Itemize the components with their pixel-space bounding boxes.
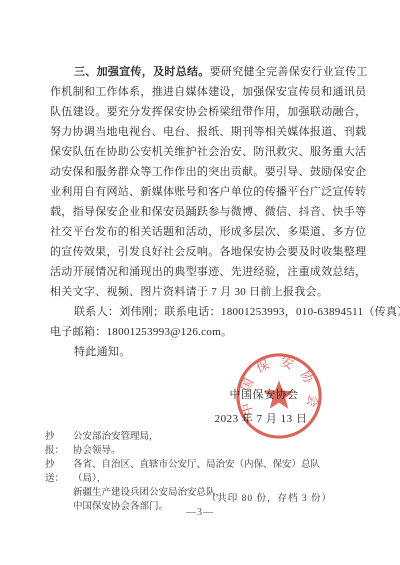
body-line-text: 要研究健全完善保安行业宣传工: [210, 66, 368, 78]
page-number: —3—: [0, 507, 400, 518]
body-line: 三、加强宣传，及时总结。要研究健全完善保安行业宣传工: [50, 62, 358, 82]
body-line: 动安保和服务群众等工作作出的突出贡献。要引导、鼓励保安企: [50, 162, 358, 182]
body-line: 活动开展情况和涌现出的典型事迹、先进经验，注重成效总结，: [50, 262, 358, 282]
body-line: 的宣传效果，引发良好社会反响。各地保安协会要及时收集整理: [50, 242, 358, 262]
copy-send-lines: 各省、自治区、直辖市公安厅、局治安（内保、保安）总队（局）， 新疆生产建设兵团公…: [73, 458, 345, 514]
body-line: 业利用自有网站、新媒体账号和客户单位的传播平台广泛宣传转: [50, 182, 358, 202]
body-line: 保安队伍在协助公安机关维护社会治安、防汛救灾、服务重大活: [50, 142, 358, 162]
copy-report-label: 抄报：: [45, 430, 73, 458]
document-body: 三、加强宣传，及时总结。要研究健全完善保安行业宣传工 作机制和工作体系，推进自媒…: [50, 62, 358, 362]
copy-report-line: 协会领导。: [73, 444, 345, 458]
body-line: 相关文字、视频、图片资料请于 7 月 30 日前上报我会。: [50, 282, 358, 302]
body-line: 作机制和工作体系，推进自媒体建设，加强保安宣传员和通讯员: [50, 82, 358, 102]
copy-send-line: 各省、自治区、直辖市公安厅、局治安（内保、保安）总队（局），: [73, 458, 345, 486]
seal-star-icon: [264, 380, 294, 408]
copy-send-label: 抄送：: [45, 458, 73, 514]
document-page: 三、加强宣传，及时总结。要研究健全完善保安行业宣传工 作机制和工作体系，推进自媒…: [0, 0, 400, 565]
section-heading: 三、加强宣传，及时总结。: [74, 66, 210, 78]
print-count-note: （共印 80 份，存档 3 份）: [207, 490, 332, 504]
body-line: 载，指导保安企业和保安员踊跃参与微博、微信、抖音、快手等: [50, 202, 358, 222]
copy-report-line: 公安部治安管理局，: [73, 430, 345, 444]
contact-email-line: 电子邮箱：18001253993@126.com。: [50, 322, 358, 342]
official-seal: 中国保安协会: [233, 350, 325, 442]
body-line: 努力协调当地电视台、电台、报纸、期刊等相关媒体报道、刊载: [50, 122, 358, 142]
contact-line: 联系人：刘伟刚；联系电话：18001253993，010-63894511（传真…: [50, 302, 358, 322]
body-line: 社交平台发布的相关话题和活动，形成多层次、多渠道、多方位: [50, 222, 358, 242]
copy-send-row: 抄送： 各省、自治区、直辖市公安厅、局治安（内保、保安）总队（局）， 新疆生产建…: [45, 458, 345, 514]
body-line: 队伍建设。要充分发挥保安协会桥梁纽带作用，加强联动融合，: [50, 102, 358, 122]
copy-report-row: 抄报： 公安部治安管理局， 协会领导。: [45, 430, 345, 458]
copy-report-lines: 公安部治安管理局， 协会领导。: [73, 430, 345, 458]
